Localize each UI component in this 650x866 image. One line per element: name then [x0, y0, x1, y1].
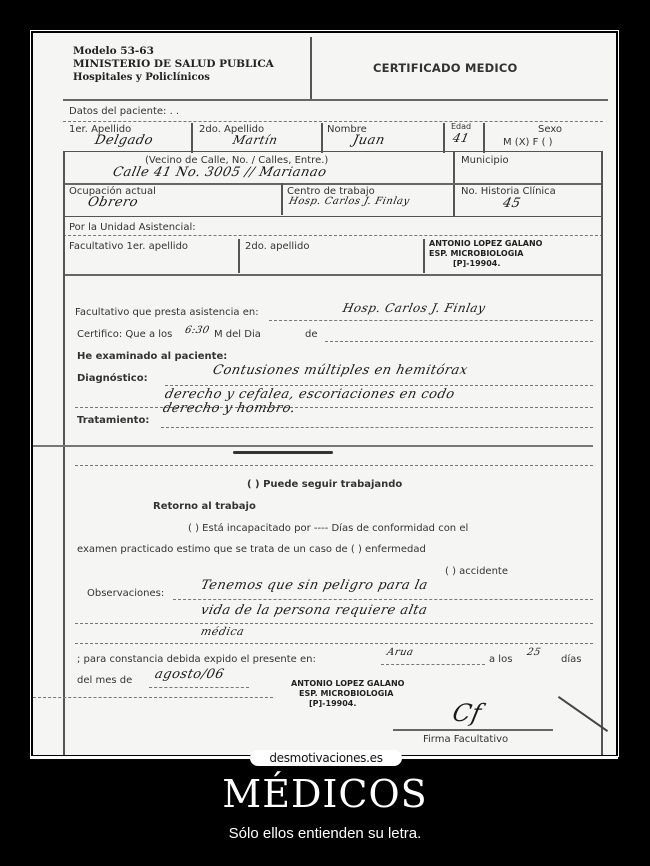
divider: [281, 183, 283, 215]
brand-label[interactable]: desmotivaciones.es: [250, 750, 402, 766]
rule: [75, 623, 593, 624]
certify-de: de: [305, 329, 318, 340]
divider: [443, 123, 445, 153]
closing-stamp: ANTONIO LOPEZ GALANO ESP. MICROBIOLOGIA …: [291, 679, 404, 709]
closing-text-4: del mes de: [77, 675, 132, 686]
assist-value: Hosp. Carlos J. Finlay: [342, 301, 487, 315]
certificate-title: CERTIFICADO MEDICO: [373, 61, 518, 75]
poster-subtitle: Sólo ellos entienden su letra.: [0, 825, 650, 842]
observations-line-3: médica: [200, 625, 246, 638]
observations-line-2: vida de la persona requiere alta: [199, 603, 428, 618]
divider: [483, 123, 485, 153]
address-value: Calle 41 No. 3005 // Marianao: [111, 165, 328, 180]
doctor-first-surname-label: Facultativo 1er. apellido: [69, 241, 188, 252]
observations-line-1: Tenemos que sin peligro para la: [199, 578, 429, 593]
rule: [33, 445, 593, 447]
rule: [63, 183, 603, 185]
doctor-second-surname-label: 2do. apellido: [245, 241, 309, 252]
rule: [63, 274, 603, 276]
closing-text-1: ; para constancia debida expido el prese…: [77, 654, 316, 665]
rule: [161, 427, 593, 428]
rule: [75, 407, 593, 408]
form-left-border: [63, 151, 65, 755]
medical-certificate-photo: Modelo 53-63 MINISTERIO DE SALUD PUBLICA…: [33, 33, 616, 755]
rule: [325, 341, 593, 342]
divider: [191, 123, 193, 153]
rule: [381, 664, 485, 665]
diagnosis-line-2: derecho y cefalea, escoriaciones en codo: [163, 387, 456, 402]
occupation-value: Obrero: [86, 195, 139, 210]
age-value: 41: [452, 131, 471, 145]
rule: [165, 385, 593, 386]
unit-label: Por la Unidad Asistencial:: [69, 222, 196, 233]
divider: [321, 123, 323, 153]
doctor-stamp: ANTONIO LOPEZ GALANO ESP. MICROBIOLOGIA …: [429, 239, 542, 269]
rule: [75, 465, 593, 466]
observations-label: Observaciones:: [87, 588, 164, 599]
sex-label: Sexo: [538, 124, 562, 135]
diagnosis-label: Diagnóstico:: [77, 373, 148, 384]
header-divider: [310, 37, 312, 99]
division-name: Hospitales y Policlínicos: [73, 71, 274, 84]
can-work-option: ( ) Puede seguir trabajando: [247, 479, 402, 490]
certify-time: 6:30: [184, 325, 211, 336]
rule: [33, 697, 273, 698]
certify-mid: M del Dia: [214, 329, 261, 340]
closing-text-2: a los: [489, 654, 512, 665]
first-surname-value: Delgado: [93, 133, 154, 148]
incapacitated-option: ( ) Está incapacitado por ---- Días de c…: [188, 523, 468, 534]
signature-label: Firma Facultativo: [423, 734, 508, 745]
diagnosis-line-3: derecho y hombro.: [161, 401, 297, 416]
brand-rule-right: [400, 757, 618, 759]
divider: [238, 239, 240, 273]
brand-rule-left: [30, 757, 252, 759]
clinical-history-value: 45: [501, 196, 522, 211]
accident-option: ( ) accidente: [445, 566, 508, 577]
exam-line: examen practicado estimo que se trata de…: [77, 544, 426, 555]
name-value: Juan: [351, 133, 386, 148]
closing-month: agosto/06: [153, 667, 225, 682]
rule: [149, 687, 249, 688]
doctor-signature: Cf: [450, 699, 484, 727]
document-header: Modelo 53-63 MINISTERIO DE SALUD PUBLICA…: [73, 45, 274, 84]
signature-line: [393, 729, 553, 731]
workplace-value: Hosp. Carlos J. Finlay: [288, 196, 411, 207]
divider: [423, 239, 425, 273]
examined-label: He examinado al paciente:: [77, 351, 227, 362]
rule: [63, 121, 603, 122]
ministry-name: MINISTERIO DE SALUD PUBLICA: [73, 58, 274, 71]
sex-options: M (X) F ( ): [503, 137, 553, 148]
closing-text-3: días: [561, 654, 581, 665]
second-surname-value: Martín: [232, 133, 280, 147]
closing-place: Arua: [386, 647, 415, 658]
header-rule: [63, 99, 608, 101]
return-to-work-label: Retorno al trabajo: [153, 501, 256, 512]
treatment-label: Tratamiento:: [77, 415, 149, 426]
municipality-label: Municipio: [461, 155, 509, 166]
ink-smudge: [233, 451, 333, 454]
age-label: Edad: [451, 122, 471, 131]
poster-title: MÉDICOS: [0, 772, 650, 816]
closing-day: 25: [526, 647, 542, 658]
rule: [63, 235, 603, 236]
certify-label: Certifico: Que a los: [77, 329, 172, 340]
rule: [75, 643, 593, 644]
model-number: Modelo 53-63: [73, 45, 274, 58]
rule: [173, 599, 593, 600]
assist-label: Facultativo que presta asistencia en:: [75, 307, 259, 318]
patient-section-label: Datos del paciente: . .: [69, 106, 179, 117]
form-right-border: [601, 151, 603, 755]
rule: [269, 320, 593, 321]
diagnosis-line-1: Contusiones múltiples en hemitórax: [211, 363, 469, 378]
